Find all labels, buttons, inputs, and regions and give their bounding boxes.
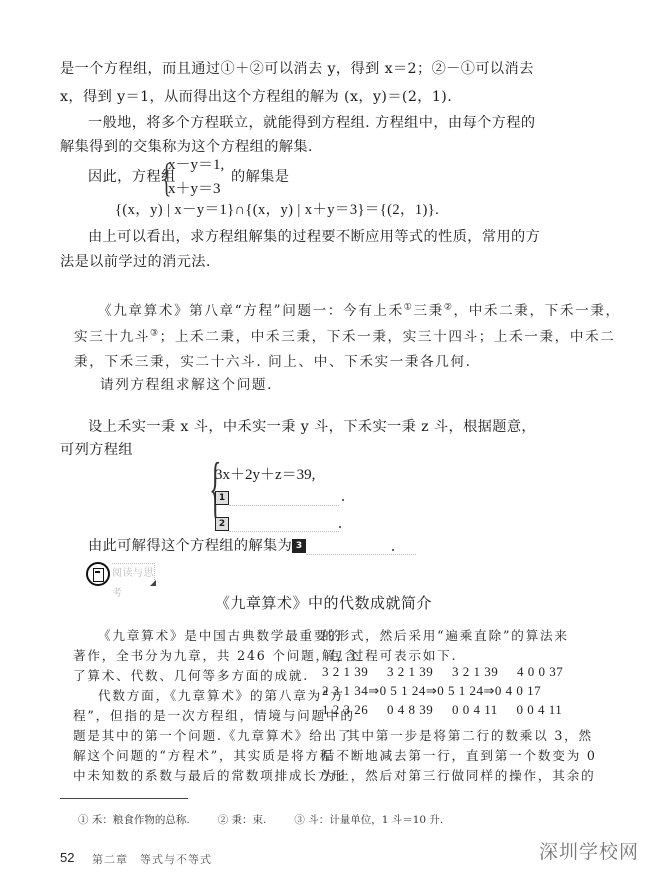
problem-line-1: 《九章算术》第八章“方程”问题一：今有上禾①三秉②，中禾二秉，下禾一秉， [98, 302, 621, 320]
footnotes: ① 禾：粮食作物的总称.② 秉：束.③ 斗：计量单位，1 斗＝10 升. [78, 812, 471, 827]
system-solution-label: 的解集是 [231, 168, 289, 186]
footnote-3: ③ 斗：计量单位，1 斗＝10 升. [294, 814, 443, 826]
left-col-line: 题是其中的第一个问题.《九章算术》给出了 [73, 725, 352, 744]
left-col-line: 中未知数的系数与最后的常数项排成长方形 [73, 765, 346, 784]
equation-row-3: 2 [215, 515, 339, 532]
paragraph-4-line-1: 由上可以看出，求方程组解集的过程要不断应用等式的性质，常用的方 [88, 228, 540, 246]
equation-row-1: 3x＋2y＋z＝39, [215, 463, 315, 484]
right-col-line: 解，过程可表示如下. [322, 645, 457, 664]
section-title: 《九章算术》中的代数成就简介 [0, 592, 647, 613]
left-col-line: 解这个问题的“方程术”，其实质是将方程 [73, 745, 334, 764]
footnote-ref-3: ③ [150, 328, 160, 338]
matrix-row-2: 2 3 1 34⇒0 5 1 24⇒0 5 1 24⇒0 4 0 17 [322, 683, 541, 699]
right-col-line: 后不断地减去第一行，直到第一个数变为 0 [322, 745, 597, 764]
watermark: 深圳学校网 [539, 837, 639, 864]
paragraph-4-line-2: 法是以前学过的消元法. [60, 253, 211, 271]
footnote-1: ① 禾：粮食作物的总称. [78, 814, 190, 826]
period-dot [392, 549, 394, 551]
paragraph-1-line-2: x，得到 y＝1，从而得出这个方程组的解为 (x，y)＝(2，1). [60, 88, 452, 106]
period-dot [342, 499, 344, 501]
footnote-ref-1: ① [404, 302, 414, 312]
textbook-page: 是一个方程组，而且通过①＋②可以消去 y，得到 x＝2；②－①可以消去 x，得到… [0, 0, 647, 874]
paragraph-1-line-1: 是一个方程组，而且通过①＋②可以消去 y，得到 x＝2；②－①可以消去 [60, 60, 534, 78]
footnote-ref-2: ② [444, 302, 454, 312]
equation-row-2: 1 [215, 489, 339, 506]
chapter-title: 第二章 等式与不等式 [92, 851, 212, 867]
system-equation-1: x－y＝1, [168, 153, 224, 174]
left-col-line: 程”，但指的是一次方程组，情境与问题中的 [73, 705, 355, 724]
reading-left-column: 《九章算术》是中国古典数学最重要的 著作，全书分为九章，共 246 个问题，包含… [73, 625, 313, 785]
problem-line-2: 实三十九斗③；上禾二秉，中禾三秉，下禾一秉，实三十四斗；上禾一秉，中禾二 [74, 328, 615, 346]
problem-line-3: 秉，下禾三秉，实二十六斗. 问上、中、下禾实一秉各几何. [74, 353, 472, 371]
left-col-line: 《九章算术》是中国古典数学最重要的 [98, 625, 343, 644]
left-col-line: 了算术、代数、几何等多方面的成就. [73, 665, 309, 684]
blank-1-marker: 1 [215, 491, 229, 505]
left-col-line: 著作，全书分为九章，共 246 个问题，包含 [73, 645, 359, 664]
matrix-row-1: 3 2 1 39 3 2 1 39 3 2 1 39 4 0 0 37 [322, 664, 563, 680]
solution-set-expression: {(x，y) | x－y＝1}∩{(x，y) | x＋y＝3}＝{(2，1)}. [115, 201, 439, 219]
left-col-line: 代数方面，《九章算术》的第八章为“方 [98, 685, 345, 704]
matrix-row-3: 1 2 3 26 0 4 8 39 0 0 4 11 0 0 4 11 [322, 702, 562, 718]
period-dot [339, 526, 341, 528]
blank-3-input[interactable] [306, 542, 416, 555]
reading-section-label: 阅读与思考 [112, 563, 155, 584]
book-icon [86, 562, 110, 586]
system-equation-2: x＋y＝3 [168, 177, 221, 198]
footnote-2: ② 秉：束. [218, 814, 267, 826]
right-col-line: 为止，然后对第三行做同样的操作，其余的 [322, 765, 595, 784]
solution-line-2: 可列方程组 [60, 441, 133, 459]
right-col-line: 的形式，然后采用“遍乘直除”的算法来 [322, 625, 569, 644]
blank-2-marker: 2 [215, 517, 229, 531]
right-col-line: 其中第一步是将第二行的数乘以 3，然 [347, 725, 593, 744]
paragraph-2-line-1: 一般地，将多个方程联立，就能得到方程组. 方程组中，由每个方程的 [88, 114, 535, 132]
footnote-divider [60, 798, 188, 799]
solution-line-1: 设上禾实一秉 x 斗，中禾实一秉 y 斗，下禾实一秉 z 斗，根据题意， [88, 418, 536, 436]
blank-2-input[interactable] [229, 519, 339, 532]
solution-conclusion: 由此可解得这个方程组的解集为3 [88, 537, 416, 555]
blank-3-marker: 3 [292, 539, 306, 553]
blank-1-input[interactable] [229, 493, 339, 506]
page-number: 52 [60, 850, 74, 865]
problem-line-4: 请列方程组求解这个问题. [100, 376, 273, 394]
